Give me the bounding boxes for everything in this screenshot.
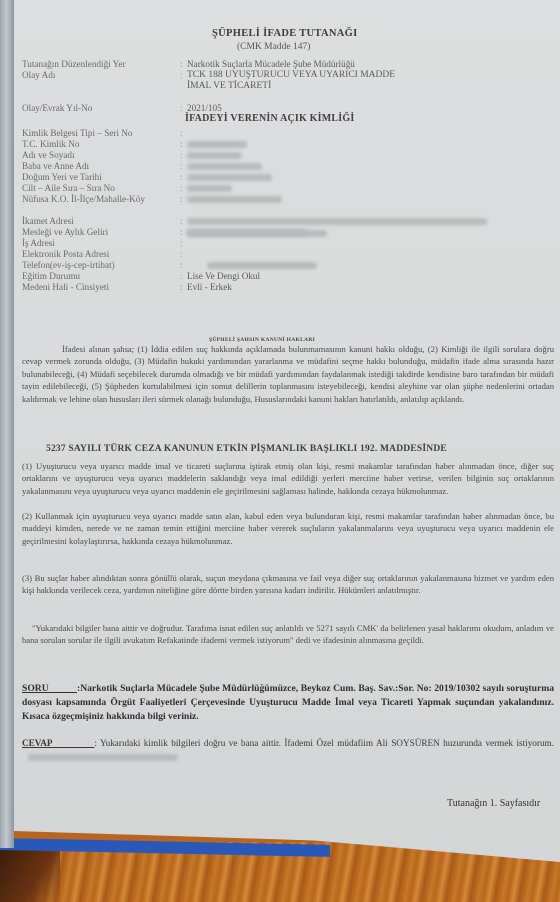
field-value: TCK 188 UYUŞTURUCU VEYA UYARICI MADDE İM… [187,70,407,92]
answer-text: : Yukarıdaki kimlik bilgileri doğru ve b… [94,738,554,748]
answer-label: CEVAP [22,738,52,748]
identity-value: Lise Ve Dengi Okul [187,271,260,281]
identity-label: Nüfusa K.O. İl-İlçe/Mahalle-Köy [22,194,172,205]
identity-value [187,139,247,149]
identity-label: Adı ve Soyadı [22,150,75,160]
table-shadow [0,850,60,902]
colon-separator: : [180,216,183,226]
identity-label: Cilt – Aile Sıra – Sıra No [22,183,115,193]
identity-label: T.C. Kimlik No [22,139,80,149]
binder-edge [0,0,14,848]
law-paragraph-3: (3) Bu suçlar haber alındıktan sonra gön… [22,572,554,597]
colon-separator: : [180,172,183,182]
identity-label: Elektronik Posta Adresi [22,249,109,259]
identity-value [187,150,242,160]
identity-label: Mesleği ve Aylık Geliri [22,227,108,237]
identity-value [187,194,282,204]
field-value: 2021/105 [187,103,222,113]
identity-label: Eğitim Durumu [22,271,80,281]
rights-paragraph: İfadesi alınan şahsa; (1) İddia edilen s… [22,343,554,405]
colon-separator: : [180,161,183,171]
colon-separator: : [180,282,183,292]
question-label: SORU [22,683,49,694]
colon-separator: : [180,194,183,204]
document-title: ŞÜPHELİ İFADE TUTANAĞI [212,28,357,39]
colon-separator: : [180,150,183,160]
colon-separator: : [180,271,183,281]
identity-label: Telefon(ev-iş-cep-irtibat) [22,260,115,270]
identity-label: İş Adresi [22,238,55,248]
identity-label: Baba ve Anne Adı [22,161,89,171]
document-subtitle: (CMK Madde 147) [237,42,310,52]
identity-value [187,172,272,182]
answer-block: CEVAP : Yukarıdaki kimlik bilgileri doğr… [22,737,554,764]
question-block: SORU :Narkotik Suçlarla Mücadele Şube Mü… [22,682,554,723]
law-heading: 5237 SAYILI TÜRK CEZA KANUNUN ETKİN PİŞM… [46,444,447,454]
identity-section-title: İFADEYİ VERENİN AÇIK KİMLİĞİ [185,113,354,124]
colon-separator: : [180,183,183,193]
identity-label: Kimlik Belgesi Tipi – Seri No [22,128,133,138]
field-label: Olay Adı [22,70,55,80]
law-paragraph-2: (2) Kullanmak için uyuşturucu veya uyarı… [22,510,554,547]
field-label: Olay/Evrak Yıl-No [22,103,92,113]
colon-separator: : [180,227,183,237]
identity-value [187,260,317,270]
law-paragraph-1: (1) Uyuşturucu veya uyarıcı madde imal v… [22,460,554,497]
colon-separator: : [180,238,183,248]
document-page: ŞÜPHELİ İFADE TUTANAĞI (CMK Madde 147) T… [14,0,560,862]
identity-value: Evli - Erkek [187,282,232,292]
colon-separator: : [180,260,183,270]
colon-separator: : [180,249,183,259]
field-label: Tutanağın Düzenlendiği Yer [22,59,126,69]
identity-label: İkamet Adresi [22,216,74,226]
identity-value [187,161,262,171]
identity-value [187,227,307,237]
identity-value [187,183,232,193]
colon-separator: : [180,139,183,149]
declaration-paragraph: "Yukarıdaki bilgiler bana aittir ve doğr… [22,622,554,647]
question-text: :Narkotik Suçlarla Mücadele Şube Müdürlü… [22,683,554,722]
identity-label: Doğum Yeri ve Tarihi [22,172,102,182]
page-footer: Tutanağın 1. Sayfasıdır [447,798,540,809]
colon-separator: : [180,128,183,138]
field-value: Narkotik Suçlarla Mücadele Şube Müdürlüğ… [187,59,355,69]
identity-label: Medeni Hali - Cinsiyeti [22,282,109,292]
